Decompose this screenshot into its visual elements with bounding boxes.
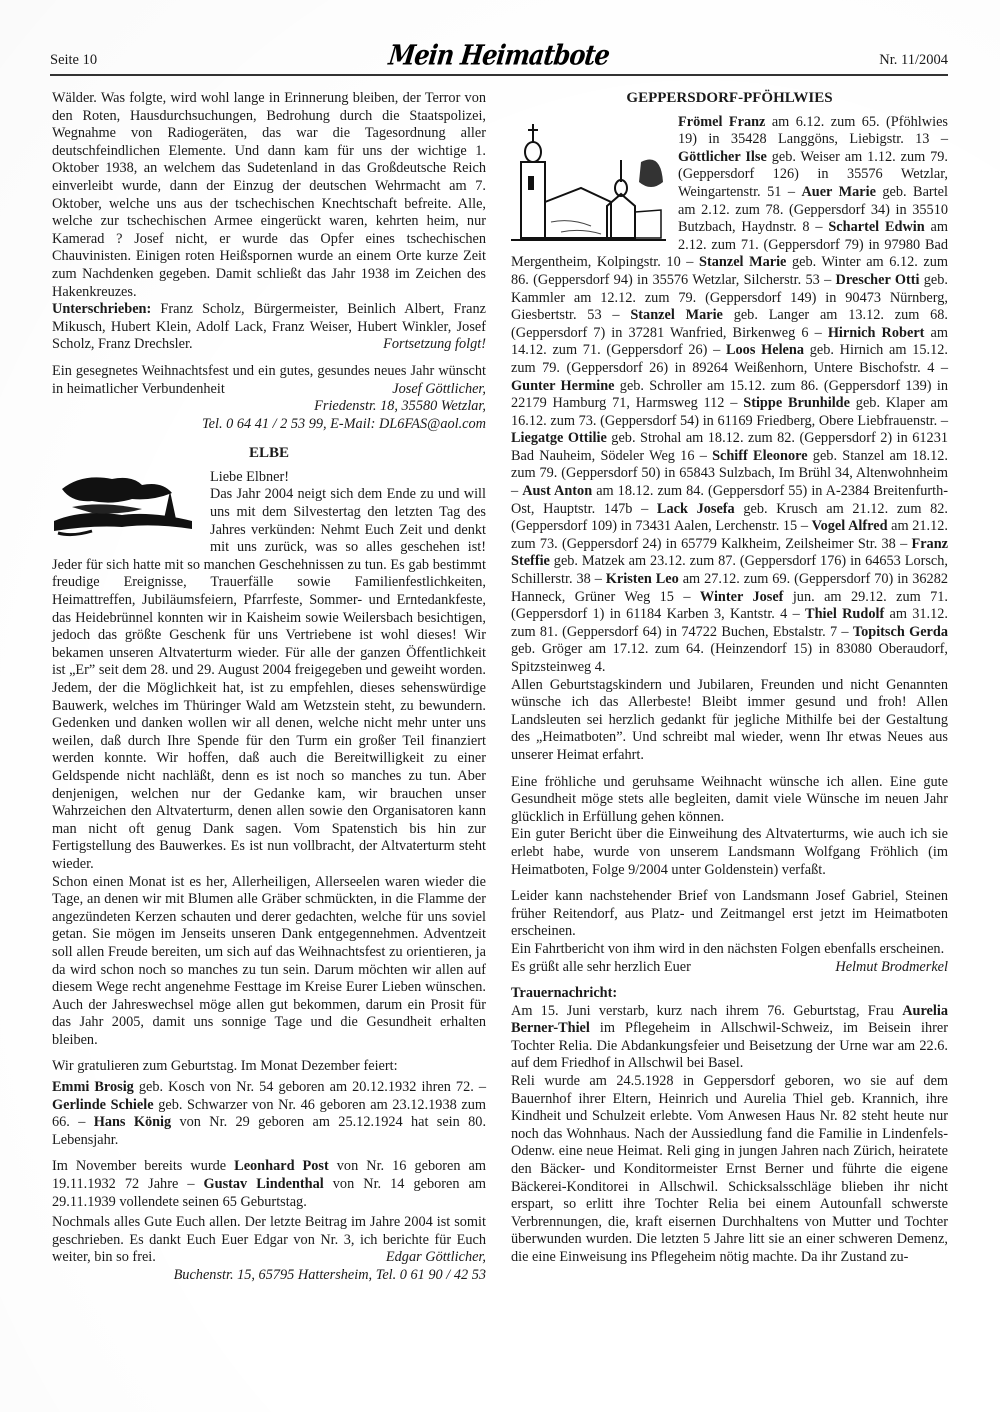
report-paragraph: Ein guter Bericht über die Einweihung de…: [511, 826, 948, 879]
birthday-intro: Wir gratulieren zum Geburtstag. Im Monat…: [52, 1058, 486, 1076]
masthead-logo: Mein Heimatbote: [389, 40, 609, 69]
obituary-paragraph-2: Reli wurde am 24.5.1928 in Geppersdorf g…: [511, 1073, 948, 1267]
tree-landscape-icon: [52, 471, 198, 539]
page-header: Seite 10 Mein Heimatbote Nr. 11/2004: [50, 44, 948, 74]
obituary-heading: Trauernachricht:: [511, 985, 948, 1003]
elbe-paragraph-1: Das Jahr 2004 neigt sich dem Ende zu und…: [52, 486, 486, 873]
header-rule: [50, 74, 948, 76]
geppersdorf-heading: GEPPERSDORF-PFÖHLWIES: [511, 90, 948, 108]
greeting-contact: Tel. 0 64 41 / 2 53 99, E-Mail: DL6FAS@a…: [52, 416, 486, 434]
left-column: Wälder. Was folgte, wird wohl lange in E…: [52, 90, 486, 1285]
birthdays-november: Im November bereits wurde Leonhard Post …: [52, 1158, 486, 1211]
church-illustration: [511, 116, 666, 252]
elbe-paragraph-2: Schon einen Monat ist es her, Allerheili…: [52, 874, 486, 1050]
intro-paragraph: Wälder. Was folgte, wird wohl lange in E…: [52, 90, 486, 301]
regards-author: Helmut Brodmerkel: [835, 959, 948, 977]
greeting-address: Friedenstr. 18, 35580 Wetzlar,: [52, 398, 486, 416]
obituary-paragraph-1: Am 15. Juni verstarb, kurz nach ihrem 76…: [511, 1003, 948, 1073]
church-icon: [511, 122, 666, 246]
landscape-illustration: [52, 471, 198, 545]
signed-label: Unterschrieben:: [52, 301, 151, 317]
travel-note: Ein Fahrtbericht von ihm wird in den näc…: [511, 941, 948, 959]
regards-row: Es grüßt alle sehr herzlich Euer Helmut …: [511, 959, 948, 977]
birthdays-december: Emmi Brosig geb. Kosch von Nr. 54 gebore…: [52, 1079, 486, 1149]
elbe-heading: ELBE: [52, 445, 486, 463]
letter-note: Leider kann nachstehender Brief von Land…: [511, 888, 948, 941]
page-number: Seite 10: [50, 52, 97, 69]
right-column: GEPPERSDORF-PFÖHLWIES Frömel Franz am 6.…: [511, 90, 948, 1267]
issue-number: Nr. 11/2004: [879, 52, 948, 69]
regards-text: Es grüßt alle sehr herzlich Euer: [511, 959, 691, 977]
christmas-paragraph: Eine fröhliche und geruhsame Weihnacht w…: [511, 774, 948, 827]
closing-address: Buchenstr. 15, 65795 Hattersheim, Tel. 0…: [52, 1267, 486, 1285]
wishes-paragraph: Allen Geburtstagskindern und Jubilaren, …: [511, 677, 948, 765]
